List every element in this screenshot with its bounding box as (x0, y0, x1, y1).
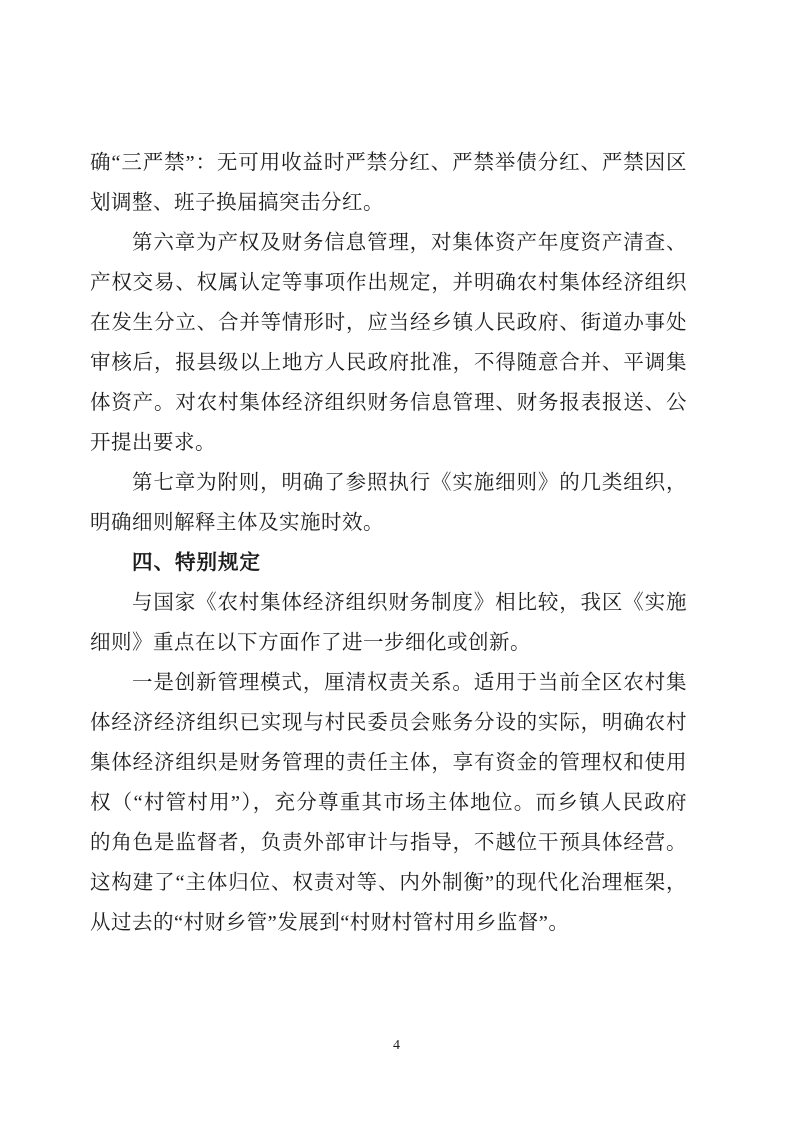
text-line: 一是创新管理模式，厘清权责关系。适用于当前全区农村集 (90, 663, 687, 703)
text-line: 产权交易、权属认定等事项作出规定，并明确农村集体经济组织 (90, 263, 687, 303)
document-page: 确“三严禁”：无可用收益时严禁分红、严禁举债分红、严禁因区划调整、班子换届搞突击… (0, 0, 793, 1122)
page-footer: 4 (0, 1036, 793, 1054)
text-line: 确“三严禁”：无可用收益时严禁分红、严禁举债分红、严禁因区 (90, 143, 687, 183)
text-line: 明确细则解释主体及实施时效。 (90, 503, 687, 543)
text-line: 权（“村管村用”），充分尊重其市场主体地位。而乡镇人民政府 (90, 783, 687, 823)
text-line: 第六章为产权及财务信息管理，对集体资产年度资产清查、 (90, 223, 687, 263)
text-line: 的角色是监督者，负责外部审计与指导，不越位干预具体经营。 (90, 823, 687, 863)
document-body: 确“三严禁”：无可用收益时严禁分红、严禁举债分红、严禁因区划调整、班子换届搞突击… (90, 143, 687, 943)
text-line: 审核后，报县级以上地方人民政府批准，不得随意合并、平调集 (90, 343, 687, 383)
text-line: 第七章为附则，明确了参照执行《实施细则》的几类组织， (90, 463, 687, 503)
text-line: 体资产。对农村集体经济组织财务信息管理、财务报表报送、公 (90, 383, 687, 423)
text-line: 在发生分立、合并等情形时，应当经乡镇人民政府、街道办事处 (90, 303, 687, 343)
text-line: 四、特别规定 (90, 543, 687, 583)
text-line: 体经济经济组织已实现与村民委员会账务分设的实际，明确农村 (90, 703, 687, 743)
text-line: 集体经济组织是财务管理的责任主体，享有资金的管理权和使用 (90, 743, 687, 783)
text-line: 细则》重点在以下方面作了进一步细化或创新。 (90, 623, 687, 663)
page-number: 4 (393, 1038, 400, 1053)
text-line: 开提出要求。 (90, 423, 687, 463)
text-line: 划调整、班子换届搞突击分红。 (90, 183, 687, 223)
text-line: 从过去的“村财乡管”发展到“村财村管村用乡监督”。 (90, 903, 687, 943)
text-line: 这构建了“主体归位、权责对等、内外制衡”的现代化治理框架， (90, 863, 687, 903)
text-line: 与国家《农村集体经济组织财务制度》相比较，我区《实施 (90, 583, 687, 623)
